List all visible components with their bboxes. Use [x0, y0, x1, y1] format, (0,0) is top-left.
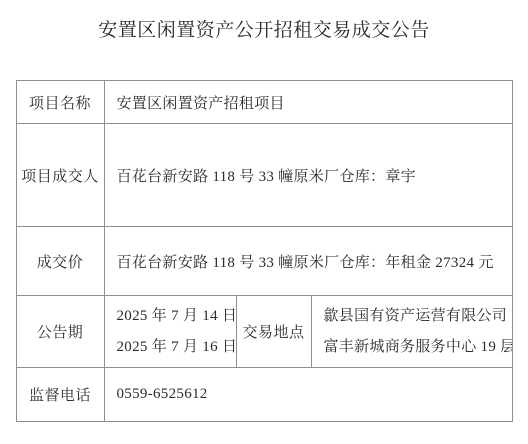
- trade-location-label: 交易地点: [236, 296, 311, 368]
- table-row-period-location: 公告期 2025 年 7 月 14 日- 2025 年 7 月 16 日 交易地…: [16, 296, 512, 368]
- table-row-price: 成交价 百花台新安路 118 号 33 幢原米厂仓库：年租金 27324 元: [16, 227, 512, 296]
- price-value: 百花台新安路 118 号 33 幢原米厂仓库：年租金 27324 元: [104, 227, 512, 296]
- project-name-label: 项目名称: [16, 81, 104, 124]
- winner-value: 百花台新安路 118 号 33 幢原米厂仓库：章宇: [104, 124, 512, 227]
- supervision-phone-label: 监督电话: [16, 368, 104, 422]
- page-title: 安置区闲置资产公开招租交易成交公告: [0, 0, 528, 44]
- trade-location-line2: 富丰新城商务服务中心 19 层: [324, 332, 506, 363]
- trade-location-value: 歙县国有资产运营有限公司 富丰新城商务服务中心 19 层: [311, 296, 512, 368]
- announcement-table: 项目名称 安置区闲置资产招租项目 项目成交人 百花台新安路 118 号 33 幢…: [16, 80, 513, 422]
- price-label: 成交价: [16, 227, 104, 296]
- project-name-value: 安置区闲置资产招租项目: [104, 81, 512, 124]
- table-row-winner: 项目成交人 百花台新安路 118 号 33 幢原米厂仓库：章宇: [16, 124, 512, 227]
- announcement-period-label: 公告期: [16, 296, 104, 368]
- announcement-period-value: 2025 年 7 月 14 日- 2025 年 7 月 16 日: [104, 296, 236, 368]
- supervision-phone-value: 0559-6525612: [104, 368, 512, 422]
- trade-location-line1: 歙县国有资产运营有限公司: [324, 301, 506, 332]
- winner-label: 项目成交人: [16, 124, 104, 227]
- period-start-date: 2025 年 7 月 14 日-: [117, 301, 230, 332]
- table-row-supervision-phone: 监督电话 0559-6525612: [16, 368, 512, 422]
- announcement-page: 安置区闲置资产公开招租交易成交公告 项目名称 安置区闲置资产招租项目 项目成交人…: [0, 0, 528, 444]
- period-end-date: 2025 年 7 月 16 日: [117, 332, 230, 363]
- table-row-project-name: 项目名称 安置区闲置资产招租项目: [16, 81, 512, 124]
